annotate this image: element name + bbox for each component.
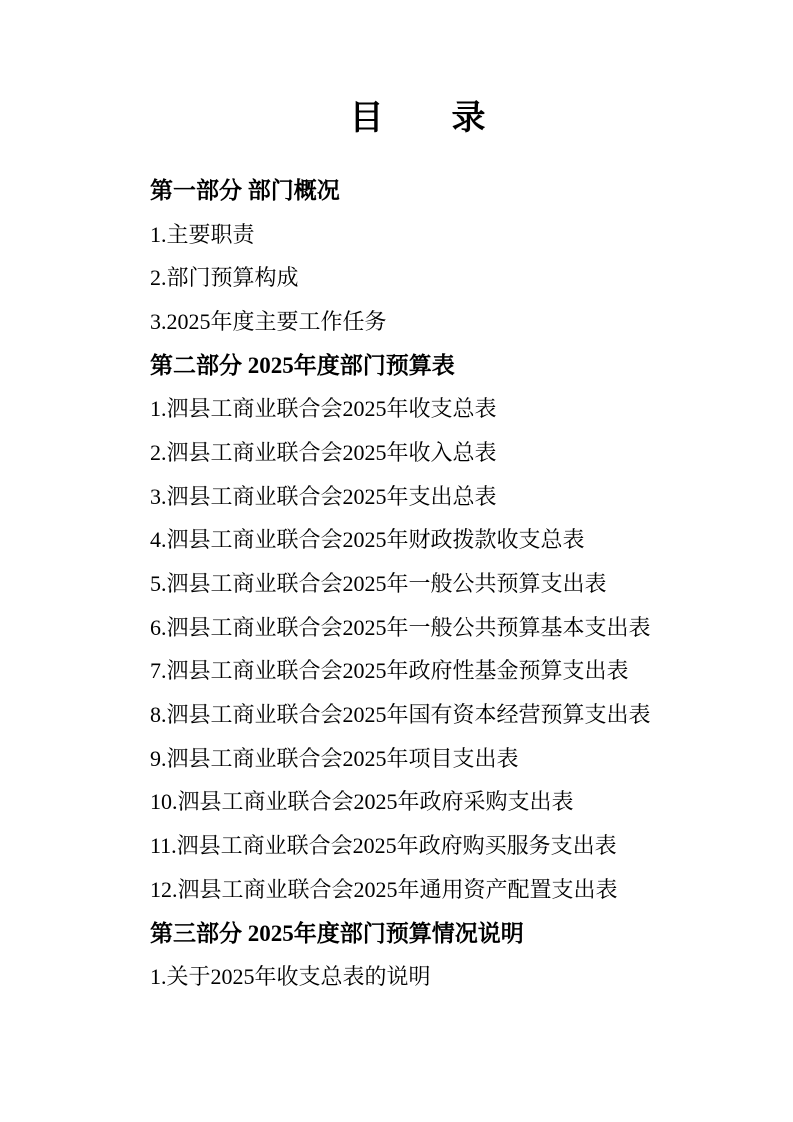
toc-item: 3.泗县工商业联合会2025年支出总表	[150, 475, 710, 519]
toc-item: 1.主要职责	[150, 213, 710, 257]
toc-item: 12.泗县工商业联合会2025年通用资产配置支出表	[150, 868, 710, 912]
section-heading: 第二部分 2025年度部门预算表	[150, 344, 710, 388]
toc-item: 6.泗县工商业联合会2025年一般公共预算基本支出表	[150, 606, 710, 650]
toc-item: 3.2025年度主要工作任务	[150, 300, 710, 344]
section-heading: 第三部分 2025年度部门预算情况说明	[150, 912, 710, 956]
toc-item: 1.泗县工商业联合会2025年收支总表	[150, 387, 710, 431]
toc-item: 5.泗县工商业联合会2025年一般公共预算支出表	[150, 562, 710, 606]
toc-item: 1.关于2025年收支总表的说明	[150, 955, 710, 999]
page-title: 目 录	[150, 97, 685, 141]
table-of-contents: 第一部分 部门概况1.主要职责2.部门预算构成3.2025年度主要工作任务第二部…	[150, 169, 710, 999]
toc-item: 2.部门预算构成	[150, 256, 710, 300]
toc-item: 11.泗县工商业联合会2025年政府购买服务支出表	[150, 824, 710, 868]
section-heading: 第一部分 部门概况	[150, 169, 710, 213]
toc-item: 9.泗县工商业联合会2025年项目支出表	[150, 737, 710, 781]
toc-item: 4.泗县工商业联合会2025年财政拨款收支总表	[150, 519, 710, 563]
toc-item: 10.泗县工商业联合会2025年政府采购支出表	[150, 781, 710, 825]
document-page: 目 录 第一部分 部门概况1.主要职责2.部门预算构成3.2025年度主要工作任…	[0, 0, 793, 1122]
toc-item: 2.泗县工商业联合会2025年收入总表	[150, 431, 710, 475]
toc-item: 8.泗县工商业联合会2025年国有资本经营预算支出表	[150, 693, 710, 737]
toc-item: 7.泗县工商业联合会2025年政府性基金预算支出表	[150, 650, 710, 694]
